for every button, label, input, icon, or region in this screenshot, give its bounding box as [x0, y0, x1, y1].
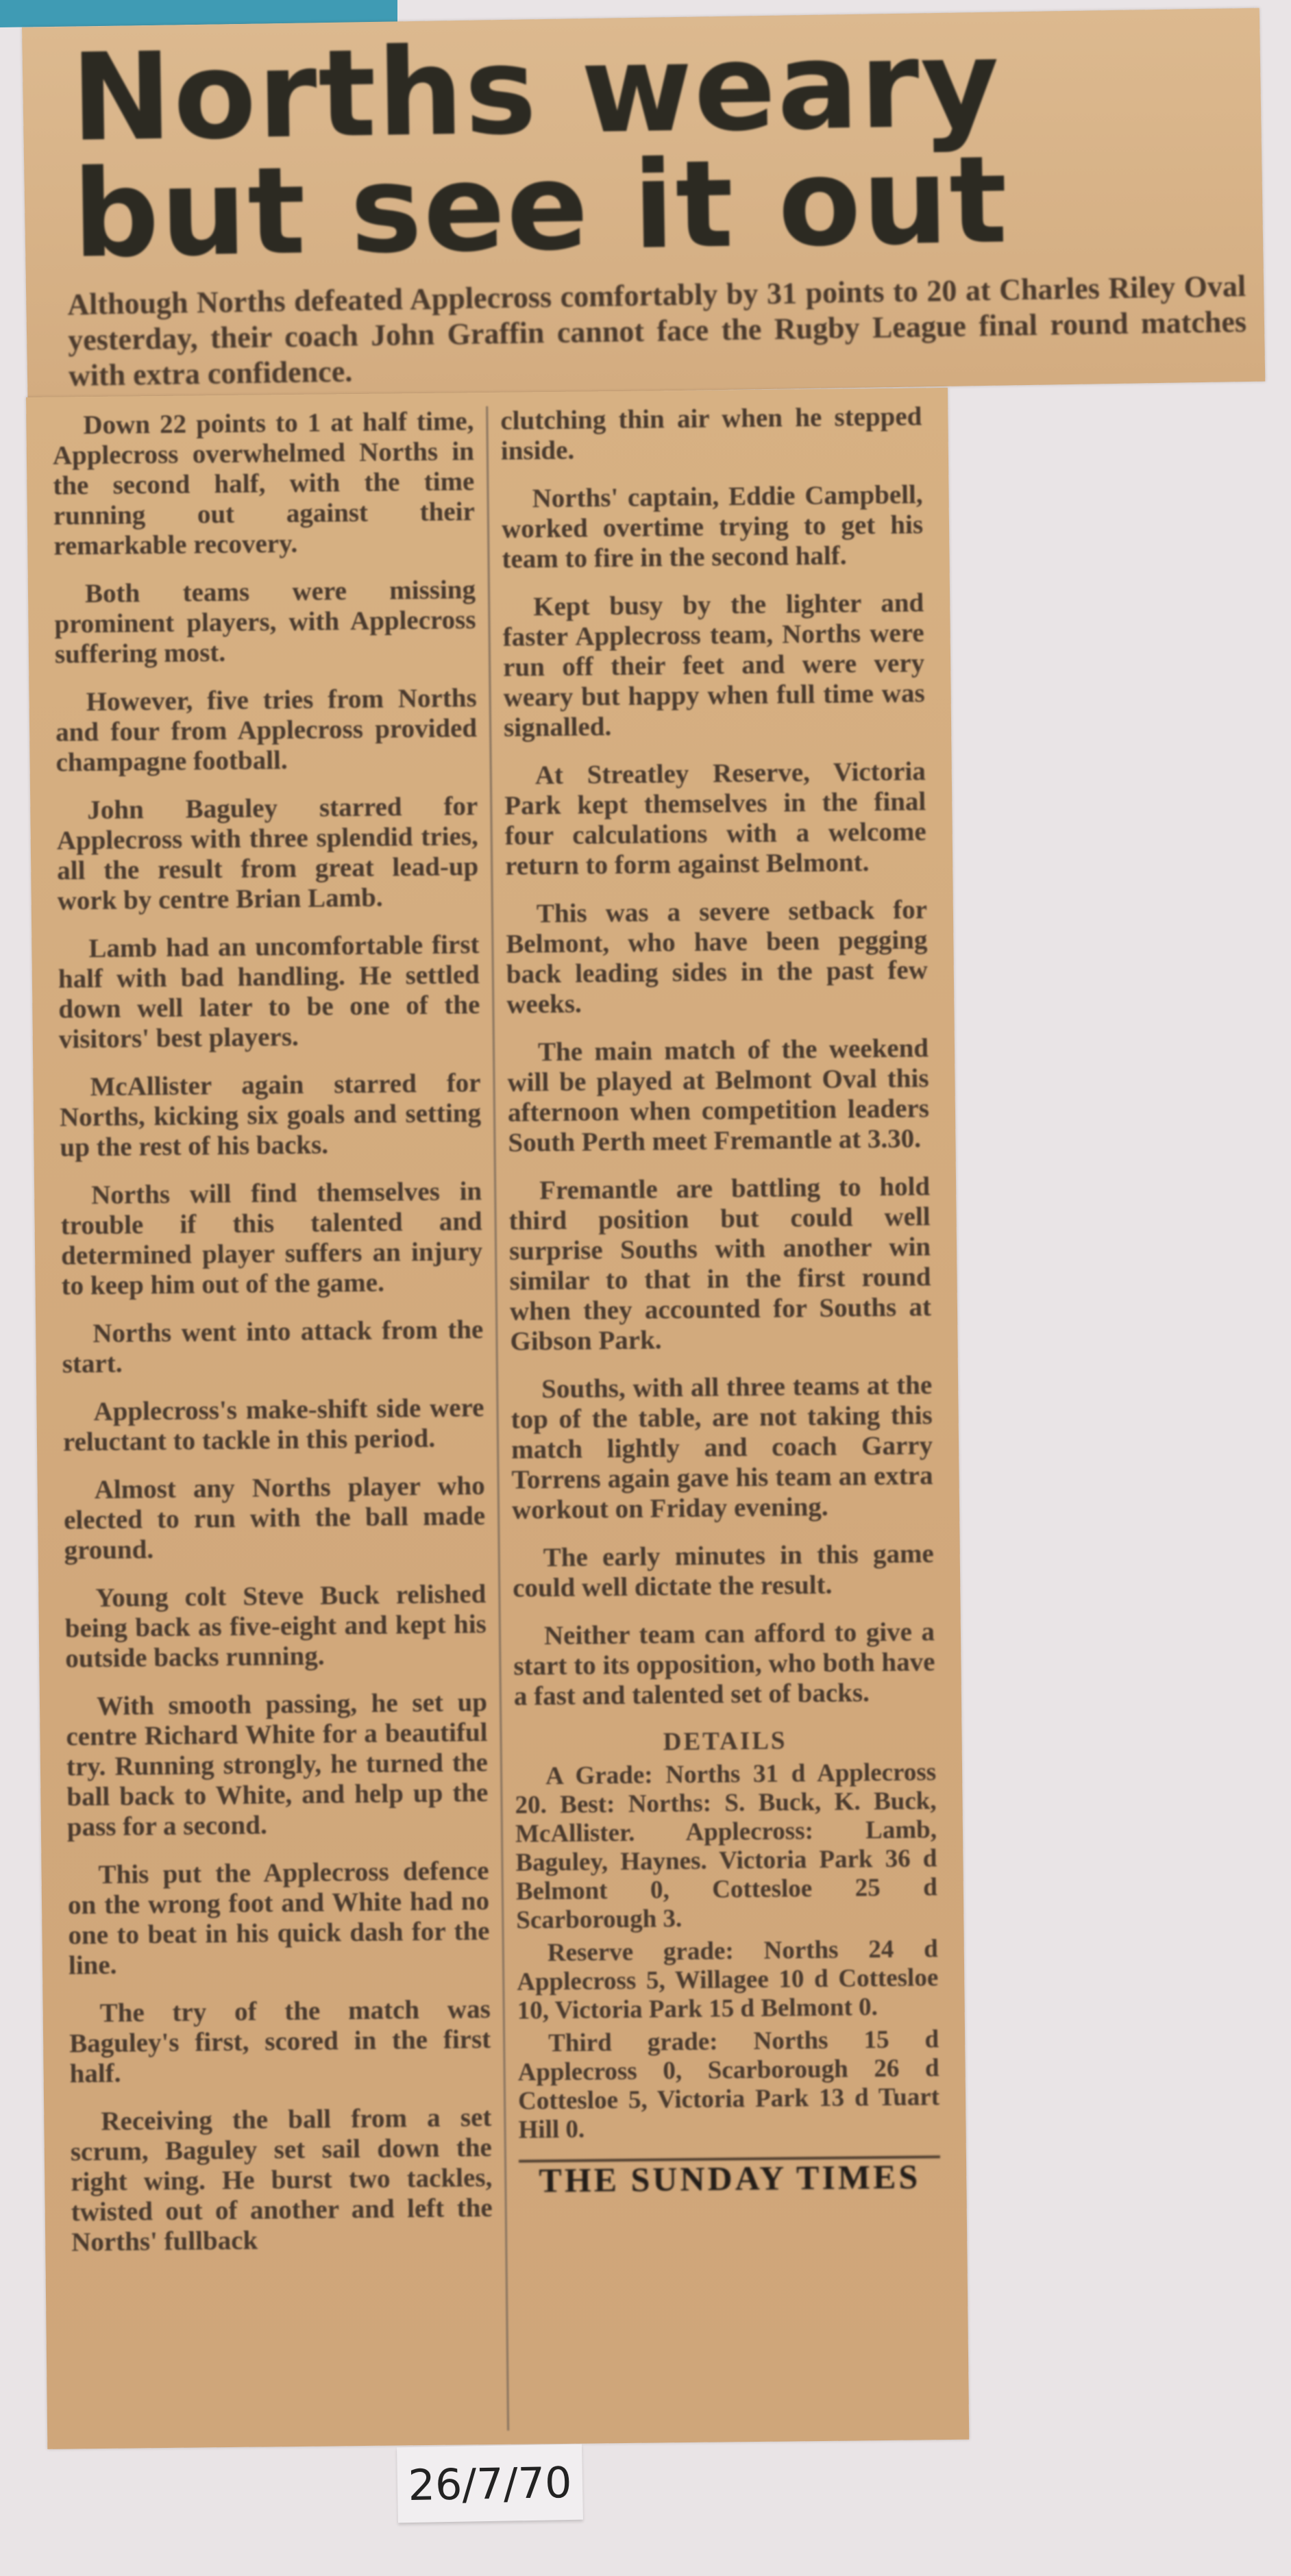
- paragraph: This put the Applecross defence on the w…: [67, 1856, 490, 1981]
- paragraph: The early minutes in this game could wel…: [513, 1539, 935, 1603]
- right-column: clutching thin air when he stepped insid…: [488, 401, 955, 2431]
- paragraph: Norths will find themselves in trouble i…: [60, 1176, 483, 1301]
- standfirst: Although Norths defeated Applecross comf…: [67, 269, 1247, 394]
- details-entry-label: Third grade:: [548, 2028, 718, 2058]
- paragraph: Applecross's make-shift side were reluct…: [62, 1393, 484, 1457]
- details-title: DETAILS: [514, 1725, 935, 1758]
- paragraph: Down 22 points to 1 at half time, Applec…: [52, 406, 475, 561]
- masthead: THE SUNDAY TIMES: [519, 2155, 941, 2195]
- clipping-header: Norths weary but see it out Although Nor…: [22, 8, 1265, 401]
- details-entry: Third grade: Norths 15 d Applecross 0, S…: [517, 2025, 940, 2144]
- paragraph: This was a severe setback for Belmont, w…: [506, 895, 929, 1019]
- paragraph: Souths, with all three teams at the top …: [511, 1370, 933, 1525]
- details-entry: A Grade: Norths 31 d Applecross 20. Best…: [515, 1758, 938, 1935]
- details-entry: Reserve grade: Norths 24 d Applecross 5,…: [517, 1935, 939, 2025]
- paragraph: Lamb had an uncomfortable first half wit…: [58, 930, 480, 1054]
- clipping-body: Down 22 points to 1 at half time, Applec…: [26, 388, 969, 2449]
- paragraph: However, five tries from Norths and four…: [55, 683, 477, 778]
- paragraph: Norths went into attack from the start.: [62, 1315, 484, 1379]
- details-box: DETAILS A Grade: Norths 31 d Applecross …: [514, 1725, 939, 2144]
- paragraph: Neither team can afford to give a start …: [513, 1617, 935, 1711]
- date-label: 26/7/70: [397, 2444, 583, 2523]
- paragraph: Young colt Steve Buck relished being bac…: [64, 1579, 487, 1674]
- left-column: Down 22 points to 1 at half time, Applec…: [40, 406, 509, 2436]
- paragraph: Fremantle are battling to hold third pos…: [508, 1172, 932, 1357]
- paragraph: McAllister again starred for Norths, kic…: [59, 1068, 481, 1163]
- paragraph: The main match of the weekend will be pl…: [507, 1033, 930, 1158]
- paragraph: Receiving the ball from a set scrum, Bag…: [70, 2103, 493, 2257]
- headline: Norths weary but see it out: [70, 25, 1009, 273]
- headline-line-2: but see it out: [72, 142, 1009, 273]
- paragraph: John Baguley starred for Applecross with…: [56, 791, 479, 916]
- paragraph: Norths' captain, Eddie Campbell, worked …: [501, 480, 923, 574]
- paragraph: The try of the match was Baguley's first…: [69, 1994, 491, 2089]
- paragraph: Kept busy by the lighter and faster Appl…: [502, 588, 925, 743]
- paragraph: clutching thin air when he stepped insid…: [500, 401, 922, 466]
- paragraph: At Streatley Reserve, Victoria Park kept…: [504, 756, 927, 881]
- details-entry-label: A Grade:: [545, 1761, 653, 1791]
- paragraph: Almost any Norths player who elected to …: [63, 1471, 485, 1565]
- paragraph: With smooth passing, he set up centre Ri…: [66, 1687, 489, 1842]
- paragraph: Both teams were missing prominent player…: [54, 575, 476, 669]
- details-entry-label: Reserve grade:: [548, 1937, 734, 1967]
